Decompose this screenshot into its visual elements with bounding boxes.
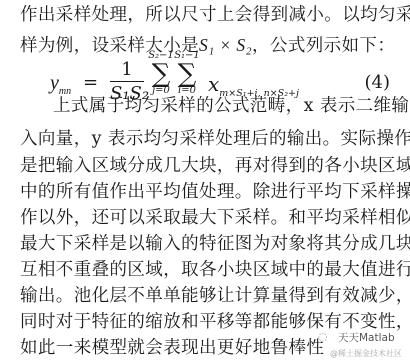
formula-equals: = [83, 72, 98, 93]
text-line: 上式属于均匀采样的公式范畴，x 表示二维输 [53, 94, 403, 118]
fraction-bar [110, 81, 144, 82]
text-line: 互相不重叠的区域，取各小块区域中的最大值进行 [20, 258, 400, 282]
text-segment: ，公式列示如下： [252, 36, 395, 56]
equation-number: (4) [365, 72, 391, 93]
text-line: 输出。池化层不单单能够让计算量得到有效减少， [20, 284, 400, 308]
text-line: 样为例，设采样大小是S₁ × S₂，公式列示如下： [20, 33, 400, 58]
wechat-icon: ◌ [318, 330, 328, 343]
watermark: ◌ 天天Matlab @稀土掘金技术社区 [318, 330, 410, 362]
fraction-numerator: 1 [110, 59, 144, 81]
sum-inner: S₁−1 ∑ i=0 [172, 50, 202, 96]
text-line: 入向量，y 表示均匀采样处理后的输出。实际操作 [20, 127, 400, 151]
formula-lhs-var: y [50, 72, 59, 94]
text-line: 作以外，还可以采取最大下采样。和平均采样相似， [20, 206, 400, 230]
text-line: 是把输入区域分成几大块，再对得到的各小块区域 [20, 154, 400, 178]
paper-page: 作出采样处理，所以尺寸上会得到减小。以均匀采 样为例，设采样大小是S₁ × S₂… [0, 0, 410, 362]
text-line: 中的所有值作出平均值处理。除进行平均下采样操 [20, 180, 400, 204]
watermark-text: 天天Matlab [338, 330, 395, 345]
sigma-icon: ∑ [172, 62, 202, 86]
text-line: 作出采样处理，所以尺寸上会得到减小。以均匀采 [20, 3, 400, 27]
inline-math: S₁ × S₂ [199, 35, 252, 55]
formula-term-var: x [208, 72, 219, 96]
watermark-subtext: @稀土掘金技术社区 [330, 348, 402, 359]
text-line: 最大下采样是以输入的特征图为对象将其分成几块 [20, 232, 400, 256]
